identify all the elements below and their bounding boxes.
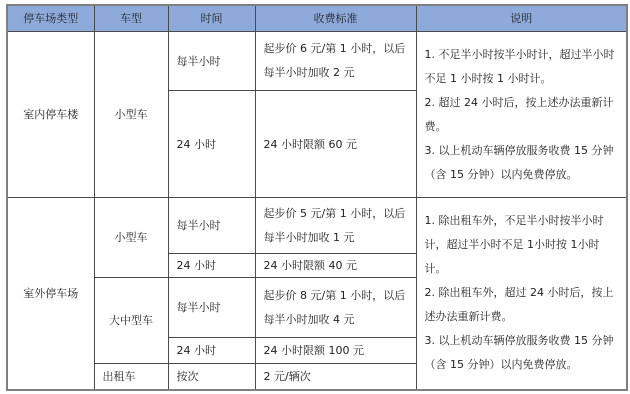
time-cell: 按次 <box>168 364 255 390</box>
outdoor-vehicle-small: 小型车 <box>94 198 168 278</box>
header-lot-type: 停车场类型 <box>7 5 94 32</box>
fee-line: 每半小时加收 4 元 <box>264 308 408 332</box>
indoor-vehicle-type: 小型车 <box>94 32 168 198</box>
fee-cell: 起步价 5 元/第 1 小时，以后 每半小时加收 1 元 <box>255 198 416 254</box>
note-item: 1. 不足半小时按半小时计，超过半小时不足 1 小时按 1 小时计。 <box>425 43 619 91</box>
fee-line: 每半小时加收 1 元 <box>264 226 408 250</box>
fee-line: 起步价 8 元/第 1 小时，以后 <box>264 284 408 308</box>
indoor-notes: 1. 不足半小时按半小时计，超过半小时不足 1 小时按 1 小时计。 2. 超过… <box>416 32 627 198</box>
fee-line: 起步价 5 元/第 1 小时，以后 <box>264 202 408 226</box>
outdoor-lot-type: 室外停车场 <box>7 198 94 390</box>
outdoor-vehicle-taxi: 出租车 <box>94 364 168 390</box>
header-notes: 说明 <box>416 5 627 32</box>
fee-cell: 起步价 8 元/第 1 小时，以后 每半小时加收 4 元 <box>255 278 416 338</box>
fee-cell: 起步价 6 元/第 1 小时，以后 每半小时加收 2 元 <box>255 32 416 91</box>
fee-line: 每半小时加收 2 元 <box>264 61 408 85</box>
header-time: 时间 <box>168 5 255 32</box>
time-cell: 每半小时 <box>168 278 255 338</box>
note-item: 2. 超过 24 小时后，按上述办法重新计费。 <box>425 91 619 139</box>
fee-cell: 24 小时限额 60 元 <box>255 91 416 198</box>
note-item: 2. 除出租车外，超过 24 小时后，按上述办法重新计费。 <box>425 281 619 329</box>
time-cell: 每半小时 <box>168 198 255 254</box>
fee-cell: 2 元/辆次 <box>255 364 416 390</box>
time-cell: 每半小时 <box>168 32 255 91</box>
indoor-lot-type: 室内停车楼 <box>7 32 94 198</box>
fee-line: 起步价 6 元/第 1 小时，以后 <box>264 37 408 61</box>
note-item: 3. 以上机动车辆停放服务收费 15 分钟（含 15 分钟）以内免费停放。 <box>425 139 619 187</box>
time-cell: 24 小时 <box>168 254 255 278</box>
time-cell: 24 小时 <box>168 338 255 364</box>
table-row: 室外停车场 小型车 每半小时 起步价 5 元/第 1 小时，以后 每半小时加收 … <box>7 198 627 254</box>
header-vehicle-type: 车型 <box>94 5 168 32</box>
time-cell: 24 小时 <box>168 91 255 198</box>
fee-cell: 24 小时限额 100 元 <box>255 338 416 364</box>
note-item: 3. 以上机动车辆停放服务收费 15 分钟（含 15 分钟）以内免费停放。 <box>425 329 619 377</box>
header-fee-standard: 收费标准 <box>255 5 416 32</box>
note-item: 1. 除出租车外，不足半小时按半小时计，超过半小时不足 1小时按 1小时计。 <box>425 209 619 281</box>
fee-cell: 24 小时限额 40 元 <box>255 254 416 278</box>
parking-fee-table: 停车场类型 车型 时间 收费标准 说明 室内停车楼 小型车 每半小时 起步价 6… <box>6 4 628 391</box>
outdoor-notes: 1. 除出租车外，不足半小时按半小时计，超过半小时不足 1小时按 1小时计。 2… <box>416 198 627 390</box>
table-row: 室内停车楼 小型车 每半小时 起步价 6 元/第 1 小时，以后 每半小时加收 … <box>7 32 627 91</box>
outdoor-vehicle-large: 大中型车 <box>94 278 168 364</box>
header-row: 停车场类型 车型 时间 收费标准 说明 <box>7 5 627 32</box>
